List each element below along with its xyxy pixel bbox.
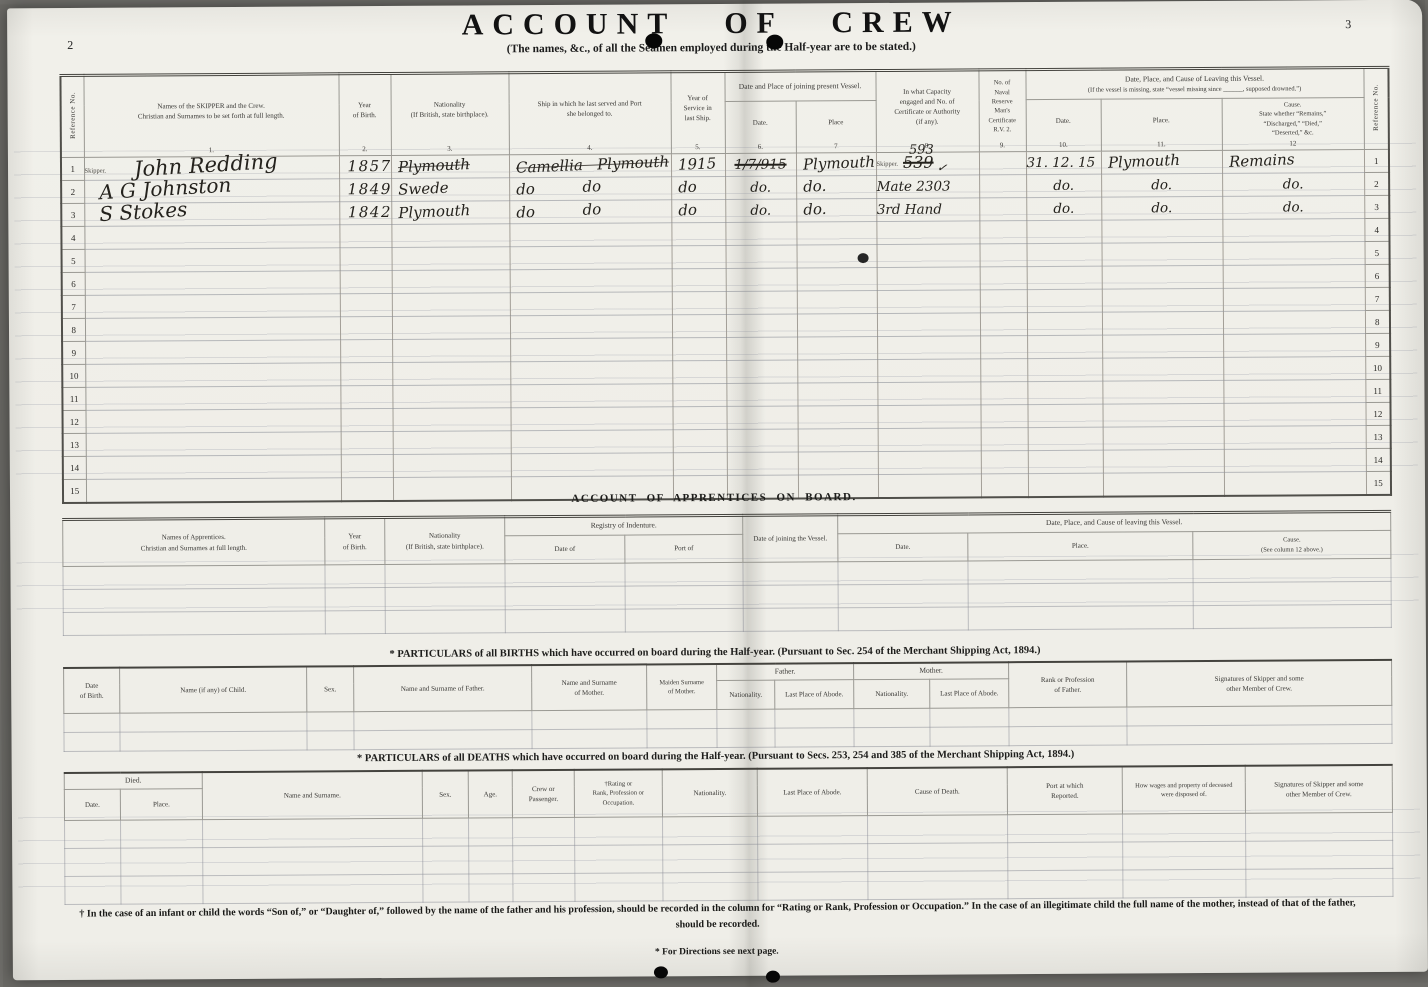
cell: [775, 709, 854, 728]
cell: [930, 727, 1009, 746]
deaths-signatures-header: Signatures of Skipper and some other Mem…: [1245, 765, 1392, 813]
mother-nationality-header: Nationality.: [854, 679, 930, 708]
cell: [727, 429, 798, 452]
col-year-of-birth-header: Year of Birth.2.: [338, 73, 390, 155]
cell: [1103, 449, 1224, 473]
cell: [392, 408, 510, 432]
ref-no-right: 9: [1365, 333, 1390, 356]
mother-maiden-header: Maiden Surname of Mother.: [647, 664, 717, 710]
check-mark: ✓: [936, 161, 948, 174]
cell: [1193, 558, 1391, 582]
cell: [980, 358, 1027, 381]
col-naval-reserve-header: No. of Naval Reserve Man's Certificate R…: [978, 70, 1025, 152]
cell: [1193, 581, 1391, 605]
cell: [1223, 379, 1365, 403]
cell: [510, 292, 672, 316]
cell: [393, 431, 511, 455]
cell: [1027, 404, 1102, 427]
ref-no-left: 12: [63, 410, 86, 433]
cell: [65, 876, 121, 904]
cell: [121, 848, 203, 877]
cell: [930, 708, 1009, 727]
cell: [663, 872, 758, 901]
father-rank-header: Rank or Profession of Father.: [1009, 662, 1127, 708]
child-sex-header: Sex.: [307, 666, 354, 712]
cell: [726, 245, 797, 268]
cell: [878, 405, 981, 429]
ref-no-left: 9: [62, 341, 85, 364]
cell: [726, 360, 797, 383]
birth-year-cell: 1842: [339, 201, 391, 224]
cell: [798, 451, 878, 474]
cell: [63, 565, 325, 590]
leaving-date-cell: do.: [1026, 197, 1101, 220]
cell: [1102, 311, 1223, 335]
apprentice-joining-header: Date of joining the Vessel.: [743, 515, 838, 563]
cell: [509, 223, 671, 247]
cell: [758, 872, 868, 901]
cell: [672, 314, 726, 337]
mother-name-header: Name and Surname of Mother.: [532, 664, 647, 710]
deceased-name-header: Name and Surname.: [202, 771, 422, 820]
cell: [340, 247, 392, 270]
col-service-year-header: Year of Service in last Ship.5.: [670, 71, 724, 153]
capacity-cell: Mate 2303: [876, 175, 979, 199]
mother-abode-header: Last Place of Abode.: [930, 679, 1009, 708]
page-content: 2 3 ACCOUNT OF CREW (The names, &c., of …: [0, 0, 1428, 987]
registry-port-header: Port of: [625, 534, 743, 563]
father-name-header: Name and Surname of Father.: [354, 665, 532, 712]
apprentice-nationality-header: Nationality (If British, state birthplac…: [385, 517, 505, 565]
cell: [672, 245, 726, 268]
naval-reserve-cell: [979, 197, 1026, 220]
ref-no-left: 11: [62, 387, 85, 410]
cell: [877, 267, 980, 291]
service-year-cell: 1915: [671, 153, 725, 176]
birth-year-cell: 1857: [339, 155, 391, 178]
joining-date-cell: do.: [725, 176, 796, 199]
ref-no-right: 1: [1364, 149, 1389, 172]
cell: [647, 710, 717, 729]
cell: [575, 873, 663, 902]
cell: [1026, 220, 1101, 243]
cell: [1224, 425, 1366, 449]
cell: [981, 427, 1028, 450]
col-capacity-header: In what Capacity engaged and No. of Cert…: [875, 70, 978, 152]
cell: [1027, 312, 1102, 335]
cell: [743, 562, 838, 586]
cell: [63, 588, 325, 613]
cell: [511, 453, 673, 477]
cell: [1223, 356, 1365, 380]
cell: [340, 270, 392, 293]
cell: [877, 244, 980, 268]
cell: [86, 432, 341, 457]
cell: [877, 290, 980, 314]
ref-no-left: 14: [63, 456, 86, 479]
ref-no-left: 3: [61, 203, 84, 226]
cell: [340, 362, 392, 385]
cell: [510, 384, 672, 408]
cell: [307, 712, 354, 731]
cell: [1102, 334, 1223, 358]
cell: [717, 728, 775, 747]
cell: [797, 405, 877, 428]
ship-cell: do do: [509, 177, 671, 201]
ref-no-right: 6: [1365, 264, 1390, 287]
cell: [468, 818, 512, 846]
ref-no-right: 4: [1364, 218, 1389, 241]
cell: [1028, 427, 1103, 450]
died-place-header: Place.: [120, 789, 202, 821]
cell: [1008, 870, 1123, 899]
cell: [854, 708, 930, 727]
cell: [340, 316, 392, 339]
cell: [671, 222, 725, 245]
cell: [121, 876, 203, 905]
cell: [1223, 310, 1365, 334]
cell: [1027, 289, 1102, 312]
father-nationality-header: Nationality.: [717, 680, 775, 709]
cell: [1193, 604, 1391, 628]
capacity-cell: 3rd Hand: [876, 198, 979, 222]
cell: [868, 871, 1008, 900]
cell: [510, 246, 672, 270]
cell: [340, 339, 392, 362]
name-cell: S Stokes: [84, 202, 339, 227]
cell: [354, 711, 532, 731]
cell: [743, 585, 838, 609]
joining-date-cell: 1/7/915: [725, 153, 796, 176]
crew-or-passenger-header: Crew or Passenger.: [512, 770, 574, 818]
cell: [510, 315, 672, 339]
cell: [727, 452, 798, 475]
cell: [980, 335, 1027, 358]
cell: [64, 732, 120, 751]
apprentice-names-header: Names of Apprentices. Christian and Surn…: [63, 518, 325, 567]
cell: [341, 431, 393, 454]
rating-header: †Rating or Rank, Profession or Occupatio…: [574, 769, 662, 817]
cell: [625, 562, 743, 586]
cell: [85, 363, 340, 388]
cell: [1103, 426, 1224, 450]
cell: [1027, 243, 1102, 266]
ref-no-right: 12: [1365, 402, 1390, 425]
leaving-place-cell: Plymouth: [1101, 150, 1222, 174]
cell: [392, 270, 510, 294]
cell: [85, 294, 340, 319]
cell: [120, 731, 307, 751]
cell: [854, 727, 930, 746]
deaths-table: Died. Name and Surname. Sex. Age. Crew o…: [64, 764, 1394, 905]
ref-no-left: 6: [62, 272, 85, 295]
cell: [672, 268, 726, 291]
cell: [385, 610, 505, 634]
cell: [85, 317, 340, 342]
apprentice-leaving-place-header: Place.: [968, 532, 1193, 561]
cell: [980, 404, 1027, 427]
cell: [1027, 381, 1102, 404]
cell: [391, 224, 509, 248]
cell: [726, 314, 797, 337]
cell: [877, 382, 980, 406]
cell: [797, 382, 877, 405]
cell: [1123, 869, 1246, 898]
joining-place-cell: do.: [796, 198, 876, 221]
cell: [1101, 219, 1222, 243]
cell: [1009, 726, 1127, 746]
punch-hole-top-left: [645, 33, 662, 48]
cell: [469, 846, 513, 874]
leaving-date-cell: do.: [1026, 174, 1101, 197]
naval-reserve-cell: [979, 174, 1026, 197]
ship-cell: do do: [509, 200, 671, 224]
cell: [1223, 402, 1365, 426]
ref-no-left: 2: [61, 180, 84, 203]
cell: [575, 845, 663, 874]
cell: [877, 313, 980, 337]
cell: [469, 874, 513, 902]
ref-no-right: 8: [1365, 310, 1390, 333]
cell: [392, 293, 510, 317]
cell: [757, 816, 867, 845]
cell: [673, 429, 727, 452]
cell: [392, 362, 510, 386]
wages-disposal-header: How wages and property of deceased were …: [1122, 766, 1245, 814]
cell: [838, 607, 968, 631]
crew-table: Reference No. Names of the SKIPPER and t…: [59, 66, 1392, 504]
cell: [877, 336, 980, 360]
col-nationality-header: Nationality (If British, state birthplac…: [390, 73, 508, 156]
cell: [85, 248, 340, 273]
cell: [672, 360, 726, 383]
cell: [662, 816, 757, 845]
cell: [1224, 448, 1366, 472]
cell: [423, 874, 469, 902]
cell: [797, 359, 877, 382]
cell: [672, 406, 726, 429]
leaving-place-cell: do.: [1101, 196, 1222, 220]
cell: [1102, 357, 1223, 381]
cause-cell: do.: [1222, 172, 1364, 196]
cell: [726, 337, 797, 360]
cell: [1245, 812, 1392, 841]
ref-no-right: 5: [1365, 241, 1390, 264]
cell: [510, 361, 672, 385]
died-group-header: Died.: [64, 772, 202, 789]
joining-place-cell: Plymouth: [796, 152, 876, 175]
deceased-sex-header: Sex.: [422, 771, 468, 819]
cell: [385, 587, 505, 611]
ref-no-right: 2: [1364, 172, 1389, 195]
cell: [1223, 264, 1365, 288]
cell: [867, 815, 1007, 844]
cell: [85, 386, 340, 411]
cell: [85, 271, 340, 296]
cell: [980, 266, 1027, 289]
birth-year-cell: 1849: [339, 178, 391, 201]
cell: [876, 221, 979, 245]
died-date-header: Date.: [64, 789, 120, 820]
cell: [203, 846, 423, 875]
cell: [63, 611, 325, 636]
cell: [1127, 724, 1392, 745]
cell: [510, 269, 672, 293]
leaving-place-header: Place.11.: [1101, 98, 1222, 151]
cell: [838, 584, 968, 608]
joining-group-header: Date and Place of joining present Vessel…: [724, 71, 875, 102]
cell: [726, 291, 797, 314]
cell: [1027, 335, 1102, 358]
cell: [532, 729, 647, 749]
cell: [86, 409, 341, 434]
punch-hole-top-right: [766, 35, 783, 50]
cell: [1223, 287, 1365, 311]
cell: [85, 340, 340, 365]
reference-col-right-header: Reference No.: [1363, 67, 1388, 149]
cell: [392, 316, 510, 340]
cell: [65, 848, 121, 876]
cell: [340, 385, 392, 408]
mother-group-header: Mother.: [854, 662, 1009, 679]
joining-date-cell: do.: [725, 199, 796, 222]
corrected-number: 593: [909, 144, 934, 157]
col-last-ship-header: Ship in which he last served and Port sh…: [508, 72, 670, 155]
joining-place-cell: do.: [796, 175, 876, 198]
cell: [354, 730, 532, 750]
cause-of-death-header: Cause of Death.: [867, 767, 1007, 815]
cell: [672, 383, 726, 406]
ship-cell: Camellia Plymouth: [509, 154, 671, 178]
cell: [392, 385, 510, 409]
cell: [979, 220, 1026, 243]
cell: [340, 293, 392, 316]
cell: [1102, 380, 1223, 404]
cell: [1223, 241, 1365, 265]
ref-no-right: 10: [1365, 356, 1390, 379]
ref-no-left: 10: [62, 364, 85, 387]
ref-no-right: 14: [1366, 448, 1391, 471]
cell: [663, 844, 758, 873]
nationality-cell: Plymouth: [391, 155, 509, 179]
cell: [1122, 813, 1245, 842]
cell: [1246, 868, 1393, 897]
cell: [980, 381, 1027, 404]
cell: [511, 430, 673, 454]
cell: [647, 729, 717, 748]
cell: [673, 452, 727, 475]
cell: [1222, 218, 1364, 242]
ref-no-left: 1: [61, 157, 84, 180]
cell: [65, 820, 121, 848]
cell: [385, 564, 505, 588]
cell: [1223, 333, 1365, 357]
apprentice-year-header: Year of Birth.: [325, 518, 385, 565]
cell: [1027, 266, 1102, 289]
cell: [340, 408, 392, 431]
leaving-date-cell: 31. 12. 15: [1026, 151, 1101, 174]
ref-no-left: 8: [62, 318, 85, 341]
child-name-header: Name (if any) of Child.: [120, 667, 307, 714]
cell: [203, 874, 423, 903]
cell: [325, 611, 385, 634]
births-signatures-header: Signatures of Skipper and some other Mem…: [1127, 660, 1392, 707]
cause-cell: do.: [1222, 195, 1364, 219]
col-names-header: Names of the SKIPPER and the Crew. Chris…: [83, 74, 338, 157]
cell: [797, 313, 877, 336]
cell: [1009, 707, 1127, 727]
service-year-cell: do: [671, 176, 725, 199]
cell: [981, 450, 1028, 473]
cell: [532, 710, 647, 730]
capacity-cell: Skipper.593539✓: [876, 152, 979, 176]
ref-no-right: 11: [1365, 379, 1390, 402]
naval-reserve-cell: [979, 151, 1026, 174]
cell: [725, 222, 796, 245]
leaving-date-header: Date.10.: [1026, 99, 1101, 151]
cell: [513, 873, 575, 901]
punch-hole-bottom-right: [766, 971, 780, 983]
reference-col-left-header: Reference No.: [60, 75, 83, 157]
cell: [968, 606, 1193, 630]
ref-no-right: 7: [1365, 287, 1390, 310]
cell: [625, 608, 743, 632]
cell: [1008, 842, 1123, 871]
scanned-paper-sheet: 2 3 ACCOUNT OF CREW (The names, &c., of …: [7, 0, 1428, 980]
cell: [717, 709, 775, 728]
cell: [796, 221, 876, 244]
cell: [868, 843, 1008, 872]
cell: [758, 844, 868, 873]
cell: [968, 560, 1193, 584]
cell: [574, 817, 662, 846]
port-reported-header: Port at which Reported.: [1007, 767, 1122, 815]
ref-no-right: 3: [1364, 195, 1389, 218]
cell: [980, 312, 1027, 335]
cell: [1028, 450, 1103, 473]
ink-blemish: [858, 253, 869, 263]
cell: [775, 728, 854, 747]
apprentice-leaving-date-header: Date.: [838, 533, 968, 562]
cell: [797, 290, 877, 313]
registry-date-header: Date of: [505, 535, 625, 564]
cell: [878, 451, 981, 475]
cell: [1102, 242, 1223, 266]
apprentice-leaving-cause-header: Cause. (See column 12 above.): [1193, 530, 1391, 559]
deceased-age-header: Age.: [468, 770, 512, 818]
cause-cell: Remains: [1222, 149, 1364, 173]
leaving-group-header: Date, Place, and Cause of Leaving this V…: [1025, 68, 1363, 100]
cell: [86, 455, 341, 480]
cell: [1027, 358, 1102, 381]
ref-no-right: 13: [1366, 425, 1391, 448]
cell: [797, 267, 877, 290]
cell: [968, 583, 1193, 607]
cell: [203, 818, 423, 847]
cell: [392, 339, 510, 363]
apprentices-table: Names of Apprentices. Christian and Surn…: [62, 510, 1392, 636]
cell: [797, 336, 877, 359]
cell: [392, 247, 510, 271]
cell: [672, 337, 726, 360]
ref-no-left: 5: [62, 249, 85, 272]
births-table: Date of Birth. Name (if any) of Child. S…: [63, 659, 1393, 752]
cell: [878, 428, 981, 452]
birth-date-header: Date of Birth.: [64, 668, 120, 714]
leaving-cause-header: Cause. State whether “Remains,” “Dischar…: [1222, 98, 1364, 151]
cell: [505, 609, 625, 633]
cell: [423, 818, 469, 846]
